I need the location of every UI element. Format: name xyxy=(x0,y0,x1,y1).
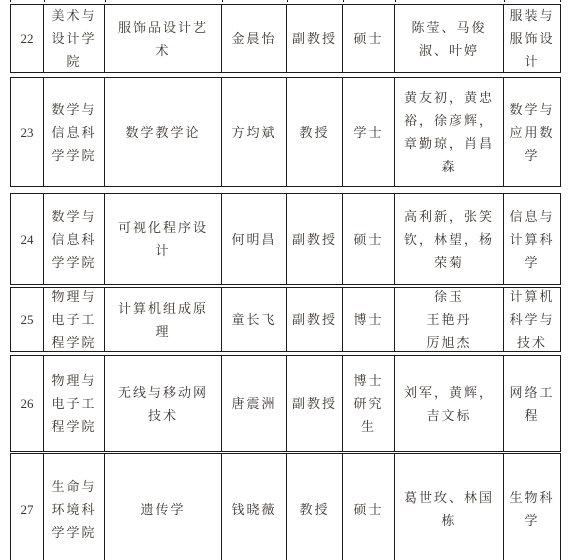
document-page: 22 美术与 设计学 院 服饰品设计艺 术 金晨怡 副教授 硕士 陈莹、马俊 淑… xyxy=(0,0,584,560)
cell-degree: 博士 xyxy=(343,288,395,351)
cell-title: 副教授 xyxy=(287,5,343,72)
cell-title: 副教授 xyxy=(287,288,343,351)
cell-teacher: 童长飞 xyxy=(222,288,287,351)
cell-title: 教授 xyxy=(287,454,343,560)
cell-degree: 硕士 xyxy=(343,454,395,560)
cell-degree: 博士 研究 生 xyxy=(343,356,395,451)
cell-team: 高利新，张笑 钦，林望，杨 荣菊 xyxy=(395,194,504,284)
cell-teacher: 唐震洲 xyxy=(222,356,287,451)
cell-teacher: 方均斌 xyxy=(222,78,287,186)
cell-course: 服饰品设计艺 术 xyxy=(105,5,222,72)
cell-college: 物理与 电子工 程学院 xyxy=(44,288,105,351)
cell-team: 陈莹、马俊 淑、叶婷 xyxy=(395,5,504,72)
table-grid-stubs xyxy=(10,0,561,2)
cell-major: 信息与 计算科 学 xyxy=(504,194,560,284)
cell-course: 计算机组成原 理 xyxy=(105,288,222,351)
table-row: 24 数学与 信息科 学学院 可视化程序设 计 何明昌 副教授 硕士 高利新，张… xyxy=(10,193,561,285)
table-row: 26 物理与 电子工 程学院 无线与移动网 技术 唐震洲 副教授 博士 研究 生… xyxy=(10,355,561,452)
cell-degree: 学士 xyxy=(343,78,395,186)
cell-major: 计算机 科学与 技术 xyxy=(504,288,560,351)
cell-major: 网络工 程 xyxy=(504,356,560,451)
cell-title: 教授 xyxy=(287,78,343,186)
cell-number: 24 xyxy=(11,194,44,284)
cell-degree: 硕士 xyxy=(343,194,395,284)
table-row: 27 生命与 环境科 学学院 遗传学 钱晓薇 教授 硕士 葛世玫、林国 栋 生物… xyxy=(10,453,561,560)
cell-degree: 硕士 xyxy=(343,5,395,72)
cell-college: 数学与 信息科 学学院 xyxy=(44,194,105,284)
cell-course: 可视化程序设 计 xyxy=(105,194,222,284)
cell-number: 22 xyxy=(11,5,44,72)
cell-team: 徐玉 王艳丹 厉旭杰 xyxy=(395,288,504,351)
cell-major: 服装与 服饰设 计 xyxy=(504,5,560,72)
table-row: 25 物理与 电子工 程学院 计算机组成原 理 童长飞 副教授 博士 徐玉 王艳… xyxy=(10,287,561,352)
cell-number: 25 xyxy=(11,288,44,351)
cell-teacher: 钱晓薇 xyxy=(222,454,287,560)
cell-number: 26 xyxy=(11,356,44,451)
cell-college: 美术与 设计学 院 xyxy=(44,5,105,72)
cell-teacher: 金晨怡 xyxy=(222,5,287,72)
cell-teacher: 何明昌 xyxy=(222,194,287,284)
cell-course: 数学教学论 xyxy=(105,78,222,186)
cell-major: 数学与 应用数 学 xyxy=(504,78,560,186)
cell-title: 副教授 xyxy=(287,194,343,284)
cell-title: 副教授 xyxy=(287,356,343,451)
table-row: 23 数学与 信息科 学学院 数学教学论 方均斌 教授 学士 黄友初，黄忠 裕，… xyxy=(10,77,561,187)
cell-number: 23 xyxy=(11,78,44,186)
cell-college: 生命与 环境科 学学院 xyxy=(44,454,105,560)
cell-course: 无线与移动网 技术 xyxy=(105,356,222,451)
cell-number: 27 xyxy=(11,454,44,560)
table-row: 22 美术与 设计学 院 服饰品设计艺 术 金晨怡 副教授 硕士 陈莹、马俊 淑… xyxy=(10,4,561,73)
cell-course: 遗传学 xyxy=(105,454,222,560)
cell-major: 生物科 学 xyxy=(504,454,560,560)
cell-college: 数学与 信息科 学学院 xyxy=(44,78,105,186)
cell-team: 刘军，黄辉， 吉文标 xyxy=(395,356,504,451)
cell-team: 葛世玫、林国 栋 xyxy=(395,454,504,560)
cell-college: 物理与 电子工 程学院 xyxy=(44,356,105,451)
cell-team: 黄友初，黄忠 裕，徐彦辉， 章勤琼，肖昌 森 xyxy=(395,78,504,186)
